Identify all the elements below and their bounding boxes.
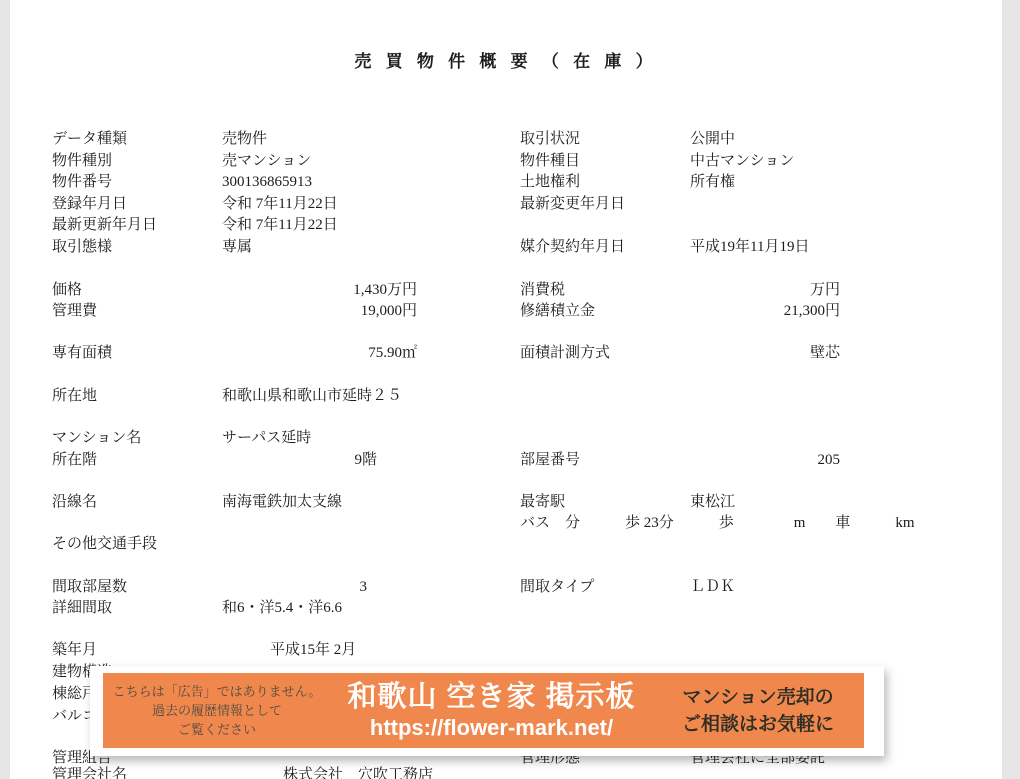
field-label: 物件番号 [52, 172, 112, 192]
ad-banner-body: こちらは「広告」ではありません。 過去の履歴情報として ご覧ください 和歌山 空… [103, 673, 864, 748]
ad-disclaimer-line: ご覧ください [103, 720, 331, 739]
field-row: 専有面積75.90㎡面積計測方式壁芯 [0, 343, 1020, 364]
field-label: 専有面積 [52, 343, 112, 363]
field-value: 公開中 [690, 129, 735, 149]
field-label: 修繕積立金 [520, 301, 595, 321]
field-label: 取引状況 [520, 129, 580, 149]
field-value: 株式会社 穴吹工務店 [283, 765, 433, 779]
field-value: 売マンション [222, 151, 311, 171]
field-value: 中古マンション [690, 151, 794, 171]
field-row: 築年月平成15年 2月 [0, 640, 1020, 661]
field-value: 和6・洋5.4・洋6.6 [222, 598, 342, 618]
field-label: 管理費 [52, 301, 97, 321]
field-value: 3 [222, 577, 367, 597]
field-label: 管理会社名 [52, 765, 127, 779]
field-label: 詳細間取 [52, 598, 112, 618]
field-value: 平成19年11月19日 [690, 237, 809, 257]
field-label: 物件種目 [520, 151, 580, 171]
field-label: 間取タイプ [520, 577, 594, 597]
field-label: 取引態様 [52, 237, 112, 257]
field-value: 75.90㎡ [222, 343, 417, 363]
field-label: マンション名 [52, 428, 141, 448]
field-value: 所有権 [690, 172, 735, 192]
field-value: 令和 7年11月22日 [222, 194, 338, 214]
field-label: 面積計測方式 [520, 343, 610, 363]
field-label: 消費税 [520, 280, 565, 300]
field-row: 管理費19,000円修繕積立金21,300円 [0, 301, 1020, 322]
field-value: 南海電鉄加太支線 [222, 492, 342, 512]
field-label: 価格 [52, 280, 82, 300]
field-label: 最新変更年月日 [520, 194, 625, 214]
ad-banner[interactable]: こちらは「広告」ではありません。 過去の履歴情報として ご覧ください 和歌山 空… [90, 666, 884, 756]
field-label: データ種類 [52, 129, 127, 149]
field-row: 物件種別売マンション物件種目中古マンション [0, 151, 1020, 172]
field-row: 物件番号300136865913土地権利所有権 [0, 172, 1020, 193]
ad-disclaimer-line: こちらは「広告」ではありません。 [103, 682, 331, 701]
field-label: 部屋番号 [520, 450, 580, 470]
field-value: 万円 [690, 280, 840, 300]
field-row: 登録年月日令和 7年11月22日最新変更年月日 [0, 194, 1020, 215]
field-label: 所在地 [52, 386, 97, 406]
field-row: 沿線名南海電鉄加太支線最寄駅東松江 [0, 492, 1020, 513]
field-row: データ種類売物件取引状況公開中 [0, 129, 1020, 150]
field-value: バス 分 歩 23分 歩 m 車 km [520, 513, 915, 533]
field-row: 最新更新年月日令和 7年11月22日 [0, 215, 1020, 236]
field-row: 所在地和歌山県和歌山市延時２５ [0, 386, 1020, 407]
field-label: 最寄駅 [520, 492, 565, 512]
ad-disclaimer: こちらは「広告」ではありません。 過去の履歴情報として ご覧ください [103, 682, 331, 739]
field-value: 205 [690, 450, 840, 470]
ad-site: 和歌山 空き家 掲示板 https://flower-mark.net/ [331, 680, 652, 742]
ad-site-name: 和歌山 空き家 掲示板 [331, 680, 652, 714]
field-row: 取引態様専属媒介契約年月日平成19年11月19日 [0, 237, 1020, 258]
field-row: マンション名サーパス延時 [0, 428, 1020, 449]
field-value: 東松江 [690, 492, 735, 512]
field-value: 21,300円 [690, 301, 840, 321]
field-row: 詳細間取和6・洋5.4・洋6.6 [0, 598, 1020, 619]
field-value: 和歌山県和歌山市延時２５ [222, 386, 402, 406]
field-label: 土地権利 [520, 172, 580, 192]
ad-cta: マンション売却の ご相談はお気軽に [652, 684, 864, 738]
field-value: 壁芯 [690, 343, 840, 363]
ad-site-url[interactable]: https://flower-mark.net/ [331, 714, 652, 742]
field-label: 築年月 [52, 640, 97, 660]
field-row: 間取部屋数3間取タイプＬＤＫ [0, 577, 1020, 598]
field-row: 所在階9階部屋番号205 [0, 450, 1020, 471]
field-value: 1,430万円 [222, 280, 417, 300]
field-value: 売物件 [222, 129, 267, 149]
field-value: 300136865913 [222, 172, 312, 192]
field-value: 19,000円 [222, 301, 417, 321]
field-value: 令和 7年11月22日 [222, 215, 338, 235]
field-row: バス 分 歩 23分 歩 m 車 km [0, 513, 1020, 534]
ad-cta-line: マンション売却の [652, 684, 864, 711]
field-row: 管理会社名株式会社 穴吹工務店 [0, 765, 1020, 779]
field-row: 価格1,430万円消費税万円 [0, 280, 1020, 301]
field-value: サーパス延時 [222, 428, 311, 448]
field-row: その他交通手段 [0, 534, 1020, 555]
field-label: 最新更新年月日 [52, 215, 157, 235]
field-value: ＬＤＫ [690, 577, 735, 597]
property-fields: データ種類売物件取引状況公開中物件種別売マンション物件種目中古マンション物件番号… [0, 0, 1020, 779]
field-label: 物件種別 [52, 151, 112, 171]
field-label: 媒介契約年月日 [520, 237, 625, 257]
field-label: 間取部屋数 [52, 577, 127, 597]
field-label: 所在階 [52, 450, 97, 470]
field-label: 登録年月日 [52, 194, 127, 214]
screenshot-root: { "document": { "title": "売 買 物 件 概 要 （ … [0, 0, 1020, 779]
field-label: その他交通手段 [52, 534, 157, 554]
ad-disclaimer-line: 過去の履歴情報として [103, 701, 331, 720]
field-label: 沿線名 [52, 492, 97, 512]
ad-cta-line: ご相談はお気軽に [652, 711, 864, 738]
field-value: 9階 [222, 450, 377, 470]
field-value: 平成15年 2月 [270, 640, 356, 660]
field-value: 専属 [222, 237, 252, 257]
